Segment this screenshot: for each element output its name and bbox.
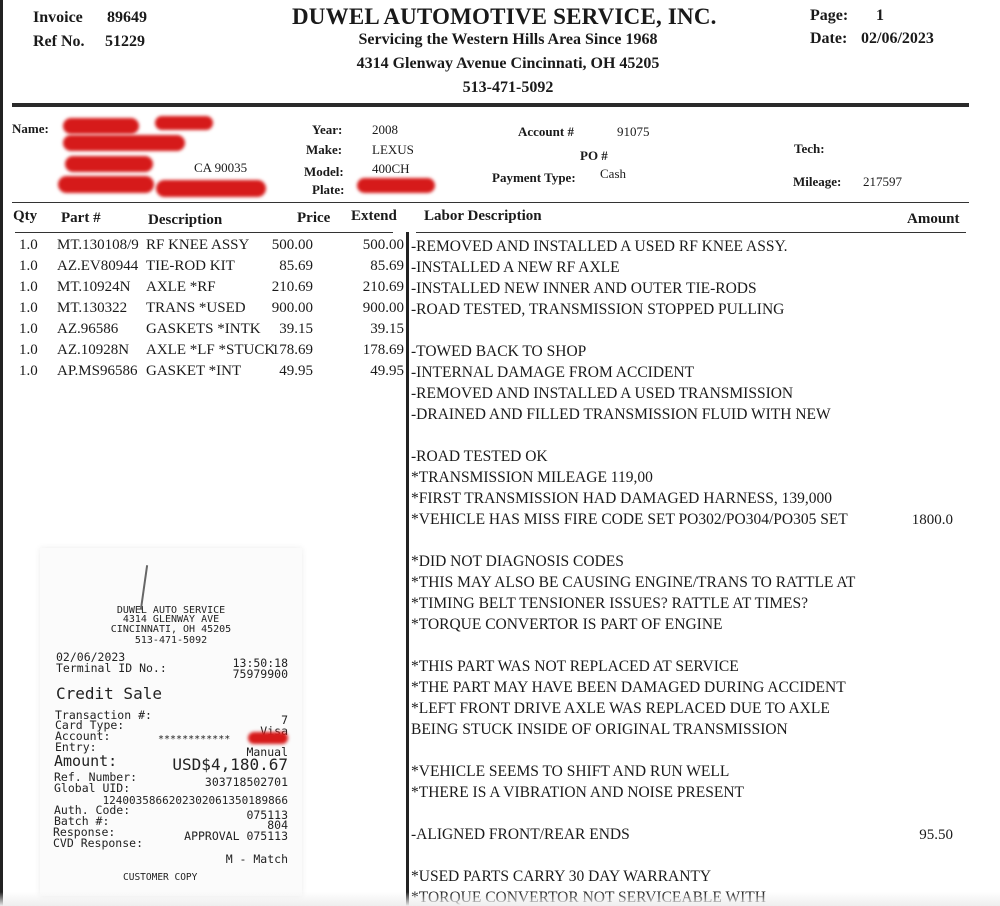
redaction-mark (65, 156, 153, 172)
row-part-number: AP.MS96586 (57, 363, 137, 380)
labor-line: *TIMING BELT TENSIONER ISSUES? RATTLE AT… (411, 595, 808, 613)
po-label: PO # (580, 148, 608, 164)
row-price: 178.69 (233, 342, 313, 359)
labor-header-underline (416, 232, 966, 233)
ref-label: Ref No. (33, 33, 85, 51)
table-row: 1.0 AZ.10928N AXLE *LF *STUCK 178.69 178… (12, 342, 404, 363)
col-extend: Extend (351, 208, 397, 225)
redaction-mark (63, 135, 185, 151)
labor-line: -ROAD TESTED, TRANSMISSION STOPPED PULLI… (411, 301, 784, 319)
page-number: 1 (876, 7, 884, 25)
col-part: Part # (61, 210, 101, 227)
row-part-number: AZ.EV80944 (57, 258, 138, 275)
labor-line: -INSTALLED NEW INNER AND OUTER TIE-RODS (411, 280, 757, 298)
receipt-ref-number: 303718502701 (205, 777, 288, 788)
labor-amount: 1800.0 (912, 512, 953, 529)
row-part-number: AZ.96586 (57, 321, 118, 338)
receipt-terminal-label: Terminal ID No.: (56, 663, 167, 674)
row-description: TRANS *USED (146, 300, 246, 317)
labor-line: *DID NOT DIAGNOSIS CODES (411, 553, 624, 571)
receipt-response: APPROVAL 075113 (184, 831, 288, 842)
row-description: GASKET *INT (146, 363, 241, 380)
row-extend: 85.69 (324, 258, 404, 275)
parts-header-underline (15, 232, 393, 233)
row-qty: 1.0 (19, 279, 38, 296)
labor-line: *USED PARTS CARRY 30 DAY WARRANTY (411, 868, 711, 886)
row-part-number: AZ.10928N (57, 342, 129, 359)
col-labor-description: Labor Description (424, 208, 542, 225)
vehicle-year: 2008 (372, 122, 398, 138)
row-part-number: MT.130322 (57, 300, 127, 317)
receipt-terminal-id: 75979900 (233, 669, 288, 680)
labor-line: *THIS MAY ALSO BE CAUSING ENGINE/TRANS T… (411, 574, 855, 592)
row-price: 500.00 (233, 237, 313, 254)
row-price: 39.15 (233, 321, 313, 338)
col-qty: Qty (13, 208, 37, 225)
row-extend: 900.00 (324, 300, 404, 317)
row-price: 85.69 (233, 258, 313, 275)
table-row: 1.0 MT.130108/9 RF KNEE ASSY 500.00 500.… (12, 237, 404, 258)
col-description: Description (148, 212, 222, 229)
labor-line: *VEHICLE HAS MISS FIRE CODE SET PO302/PO… (411, 511, 848, 529)
vehicle-make: LEXUS (372, 142, 414, 158)
receipt-merchant-phone: 513-471-5092 (40, 636, 302, 647)
receipt-cvd-label: CVD Response: (53, 838, 143, 849)
labor-line: *THE PART MAY HAVE BEEN DAMAGED DURING A… (411, 679, 846, 697)
redaction-mark (63, 118, 139, 134)
labor-amount: 95.50 (919, 827, 953, 844)
labor-line: *THIS PART WAS NOT REPLACED AT SERVICE (411, 658, 739, 676)
company-name: DUWEL AUTOMOTIVE SERVICE, INC. (292, 4, 717, 30)
row-price: 49.95 (233, 363, 313, 380)
header-divider (12, 103, 969, 107)
receipt-amount: USD$4,180.67 (172, 757, 288, 773)
account-number: 91075 (617, 124, 650, 140)
year-label: Year: (312, 122, 342, 138)
labor-line: *FIRST TRANSMISSION HAD DAMAGED HARNESS,… (411, 490, 832, 508)
mileage-value: 217597 (863, 174, 902, 190)
row-qty: 1.0 (19, 342, 38, 359)
labor-line: -INTERNAL DAMAGE FROM ACCIDENT (411, 364, 694, 382)
mileage-label: Mileage: (793, 174, 841, 190)
receipt-account-masked: ************ (158, 734, 230, 745)
row-description: TIE-ROD KIT (146, 258, 235, 275)
date-label: Date: (810, 30, 847, 48)
page-shadow (0, 892, 1000, 906)
receipt-uid-label: Global UID: (54, 783, 130, 794)
redaction-mark (156, 180, 266, 197)
payment-type-label: Payment Type: (492, 170, 576, 186)
invoice-label: Invoice (33, 9, 83, 27)
labor-line: *VEHICLE SEEMS TO SHIFT AND RUN WELL (411, 763, 729, 781)
row-price: 900.00 (233, 300, 313, 317)
labor-line: -REMOVED AND INSTALLED A USED TRANSMISSI… (411, 385, 793, 403)
redaction-mark (155, 116, 213, 130)
make-label: Make: (306, 142, 342, 158)
column-divider (406, 232, 409, 906)
col-price: Price (297, 210, 330, 227)
labor-line: -ALIGNED FRONT/REAR ENDS (411, 826, 630, 844)
labor-line: *TORQUE CONVERTOR IS PART OF ENGINE (411, 616, 722, 634)
receipt-copy-label: CUSTOMER COPY (123, 872, 197, 883)
labor-line: -TOWED BACK TO SHOP (411, 343, 586, 361)
row-extend: 178.69 (324, 342, 404, 359)
vehicle-model: 400CH (372, 161, 410, 177)
page-left-border (0, 0, 3, 906)
invoice-number: 89649 (107, 9, 147, 27)
row-qty: 1.0 (19, 363, 38, 380)
row-extend: 210.69 (324, 279, 404, 296)
row-qty: 1.0 (19, 321, 38, 338)
row-description: AXLE *RF (146, 279, 216, 296)
table-row: 1.0 MT.130322 TRANS *USED 900.00 900.00 (12, 300, 404, 321)
row-price: 210.69 (233, 279, 313, 296)
customer-city-zip: CA 90035 (194, 160, 247, 176)
receipt-amount-label: Amount: (54, 754, 117, 769)
receipt-uid: 124003586620230206135018986​6 (103, 795, 288, 806)
table-row: 1.0 AZ.96586 GASKETS *INTK 39.15 39.15 (12, 321, 404, 342)
account-label: Account # (518, 124, 574, 140)
tech-label: Tech: (794, 141, 825, 157)
row-qty: 1.0 (19, 300, 38, 317)
labor-line: -ROAD TESTED OK (411, 448, 548, 466)
name-label: Name: (12, 121, 49, 137)
table-row: 1.0 AZ.EV80944 TIE-ROD KIT 85.69 85.69 (12, 258, 404, 279)
receipt-sale-type: Credit Sale (56, 686, 162, 702)
row-extend: 500.00 (324, 237, 404, 254)
labor-line: *TRANSMISSION MILEAGE 119,00 (411, 469, 653, 487)
company-tagline: Servicing the Western Hills Area Since 1… (278, 31, 738, 49)
page-label: Page: (810, 7, 848, 25)
table-row: 1.0 AP.MS96586 GASKET *INT 49.95 49.95 (12, 363, 404, 384)
table-row: 1.0 MT.10924N AXLE *RF 210.69 210.69 (12, 279, 404, 300)
invoice-date: 02/06/2023 (861, 30, 934, 48)
labor-line: BEING STUCK INSIDE OF ORIGINAL TRANSMISS… (411, 721, 788, 739)
labor-line: *THERE IS A VIBRATION AND NOISE PRESENT (411, 784, 744, 802)
row-qty: 1.0 (19, 258, 38, 275)
plate-label: Plate: (312, 182, 344, 198)
labor-line: -DRAINED AND FILLED TRANSMISSION FLUID W… (411, 406, 831, 424)
receipt-merchant-city: CINCINNATI, OH 45205 (40, 625, 302, 636)
receipt-cvd: M - Match (226, 854, 288, 865)
account-redaction (248, 732, 288, 744)
labor-line: -REMOVED AND INSTALLED A USED RF KNEE AS… (411, 238, 788, 256)
model-label: Model: (304, 164, 344, 180)
company-address: 4314 Glenway Avenue Cincinnati, OH 45205 (278, 55, 738, 73)
row-extend: 49.95 (324, 363, 404, 380)
row-part-number: MT.130108/9 (57, 237, 139, 254)
info-divider (12, 202, 969, 203)
company-phone: 513-471-5092 (278, 79, 738, 97)
col-amount: Amount (907, 211, 960, 228)
plate-redaction (357, 178, 435, 193)
row-qty: 1.0 (19, 237, 38, 254)
redaction-mark (58, 176, 154, 193)
row-extend: 39.15 (324, 321, 404, 338)
payment-type: Cash (600, 166, 626, 182)
labor-line: -INSTALLED A NEW RF AXLE (411, 259, 620, 277)
labor-line: *LEFT FRONT DRIVE AXLE WAS REPLACED DUE … (411, 700, 830, 718)
credit-card-receipt: DUWEL AUTO SERVICE 4314 GLENWAY AVE CINC… (40, 548, 302, 896)
row-part-number: MT.10924N (57, 279, 130, 296)
ref-number: 51229 (105, 33, 145, 51)
